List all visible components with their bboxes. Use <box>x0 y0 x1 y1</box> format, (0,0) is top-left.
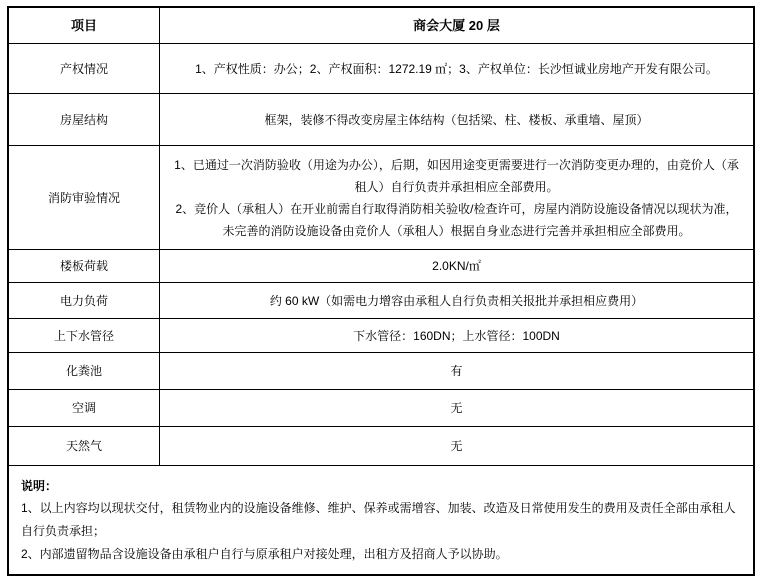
table-row-water-pipes: 上下水管径 下水管径：160DN；上水管径：100DN <box>9 319 753 353</box>
row-value: 1、产权性质：办公；2、产权面积：1272.19 ㎡；3、产权单位：长沙恒诚业房… <box>160 44 753 93</box>
row-value: 框架，装修不得改变房屋主体结构（包括梁、柱、楼板、承重墙、屋顶） <box>160 94 753 145</box>
note-item-1: 1、以上内容均以现状交付，租赁物业内的设施设备维修、维护、保养或需增容、加装、改… <box>21 497 741 543</box>
row-value: 约 60 kW（如需电力增容由承租人自行负责相关报批并承担相应费用） <box>160 283 753 318</box>
table-row-septic-tank: 化粪池 有 <box>9 353 753 390</box>
header-item-column: 项目 <box>9 8 160 43</box>
document-page: 项目 商会大厦 20 层 产权情况 1、产权性质：办公；2、产权面积：1272.… <box>0 0 762 544</box>
property-info-table: 项目 商会大厦 20 层 产权情况 1、产权性质：办公；2、产权面积：1272.… <box>7 6 755 576</box>
row-value: 无 <box>160 390 753 426</box>
notes-title: 说明： <box>21 475 741 497</box>
row-label: 上下水管径 <box>9 319 160 352</box>
row-label: 消防审验情况 <box>9 146 160 249</box>
header-building-title: 商会大厦 20 层 <box>160 8 753 43</box>
row-label: 电力负荷 <box>9 283 160 318</box>
table-row-floor-load: 楼板荷载 2.0KN/㎡ <box>9 250 753 283</box>
row-label: 楼板荷载 <box>9 250 160 282</box>
table-row-fire-inspection: 消防审验情况 1、已通过一次消防验收（用途为办公），后期，如因用途变更需要进行一… <box>9 146 753 250</box>
note-item-2: 2、内部遗留物品含设施设备由承租户自行与原承租户对接处理，出租方及招商人予以协助… <box>21 543 741 566</box>
row-value: 有 <box>160 353 753 389</box>
notes-section: 说明： 1、以上内容均以现状交付，租赁物业内的设施设备维修、维护、保养或需增容、… <box>9 466 753 574</box>
row-label: 产权情况 <box>9 44 160 93</box>
table-header-row: 项目 商会大厦 20 层 <box>9 8 753 44</box>
row-value: 2.0KN/㎡ <box>160 250 753 282</box>
row-label: 天然气 <box>9 427 160 465</box>
table-row-power-load: 电力负荷 约 60 kW（如需电力增容由承租人自行负责相关报批并承担相应费用） <box>9 283 753 319</box>
row-value: 无 <box>160 427 753 465</box>
row-label: 化粪池 <box>9 353 160 389</box>
table-row-property-rights: 产权情况 1、产权性质：办公；2、产权面积：1272.19 ㎡；3、产权单位：长… <box>9 44 753 94</box>
row-value: 下水管径：160DN；上水管径：100DN <box>160 319 753 352</box>
table-row-structure: 房屋结构 框架，装修不得改变房屋主体结构（包括梁、柱、楼板、承重墙、屋顶） <box>9 94 753 146</box>
table-row-air-conditioning: 空调 无 <box>9 390 753 427</box>
table-row-natural-gas: 天然气 无 <box>9 427 753 466</box>
row-label: 房屋结构 <box>9 94 160 145</box>
row-label: 空调 <box>9 390 160 426</box>
row-value: 1、已通过一次消防验收（用途为办公），后期，如因用途变更需要进行一次消防变更办理… <box>160 146 753 249</box>
